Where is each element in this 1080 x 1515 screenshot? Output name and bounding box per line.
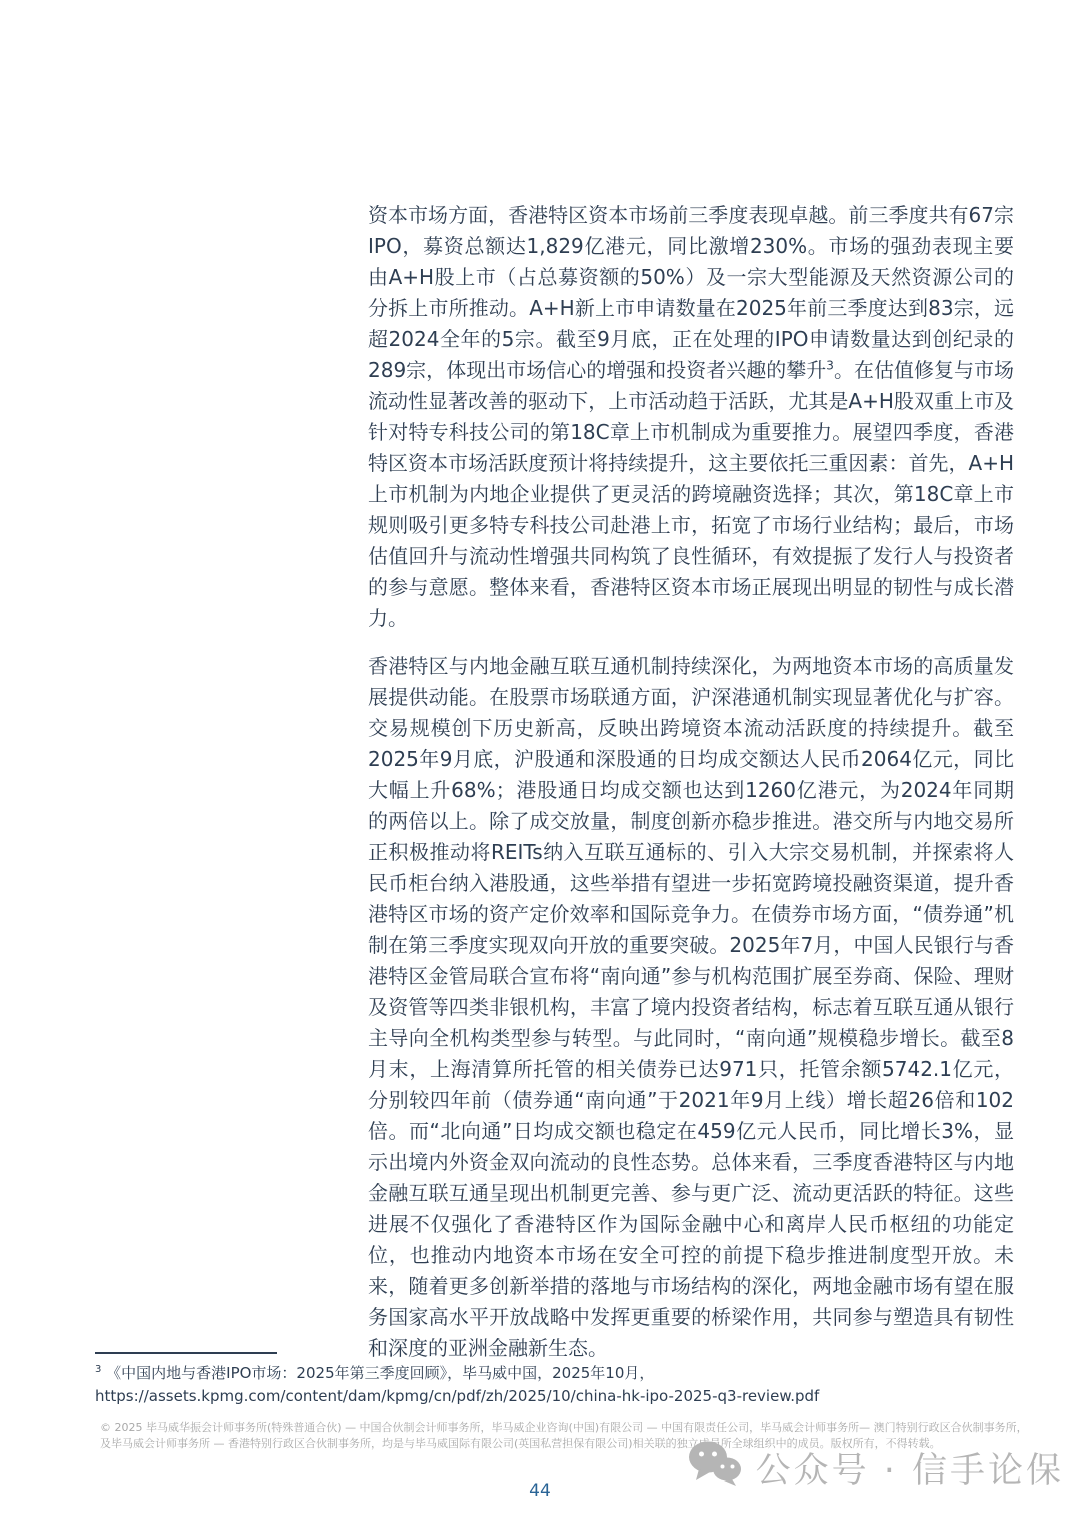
document-page: 资本市场方面，香港特区资本市场前三季度表现卓越。前三季度共有67宗IPO，募资总…	[0, 0, 1080, 1515]
footnote-url-link[interactable]: https://assets.kpmg.com/content/dam/kpmg…	[95, 1387, 819, 1405]
wechat-icon	[688, 1440, 742, 1495]
body-text-column: 资本市场方面，香港特区资本市场前三季度表现卓越。前三季度共有67宗IPO，募资总…	[368, 200, 1014, 1364]
footnote-divider	[95, 1352, 277, 1354]
footnote-text: 《中国内地与香港IPO市场：2025年第三季度回顾》，毕马威中国，2025年10…	[106, 1364, 654, 1382]
paragraph-connect-mechanism: 香港特区与内地金融互联互通机制持续深化，为两地资本市场的高质量发展提供动能。在股…	[368, 651, 1014, 1364]
footnote-block: 3 《中国内地与香港IPO市场：2025年第三季度回顾》，毕马威中国，2025年…	[95, 1352, 835, 1408]
footnote-reference-3[interactable]: 3	[826, 358, 834, 372]
watermark-text: 公众号 · 信手论保	[756, 1443, 1064, 1493]
paragraph1-text-after-footnote: 。在估值修复与市场流动性显著改善的驱动下，上市活动趋于活跃，尤其是A+H股双重上…	[368, 358, 1014, 630]
paragraph-capital-market: 资本市场方面，香港特区资本市场前三季度表现卓越。前三季度共有67宗IPO，募资总…	[368, 200, 1014, 634]
footnote-url-line: https://assets.kpmg.com/content/dam/kpmg…	[95, 1385, 835, 1408]
watermark: 公众号 · 信手论保	[688, 1440, 1064, 1495]
footnote-marker: 3	[95, 1364, 101, 1375]
copyright-line-1: © 2025 毕马威华振会计师事务所(特殊普通合伙) — 中国合伙制会计师事务所…	[100, 1420, 980, 1436]
paragraph1-text-before-footnote: 资本市场方面，香港特区资本市场前三季度表现卓越。前三季度共有67宗IPO，募资总…	[368, 203, 1014, 382]
footnote-line: 3 《中国内地与香港IPO市场：2025年第三季度回顾》，毕马威中国，2025年…	[95, 1362, 835, 1385]
